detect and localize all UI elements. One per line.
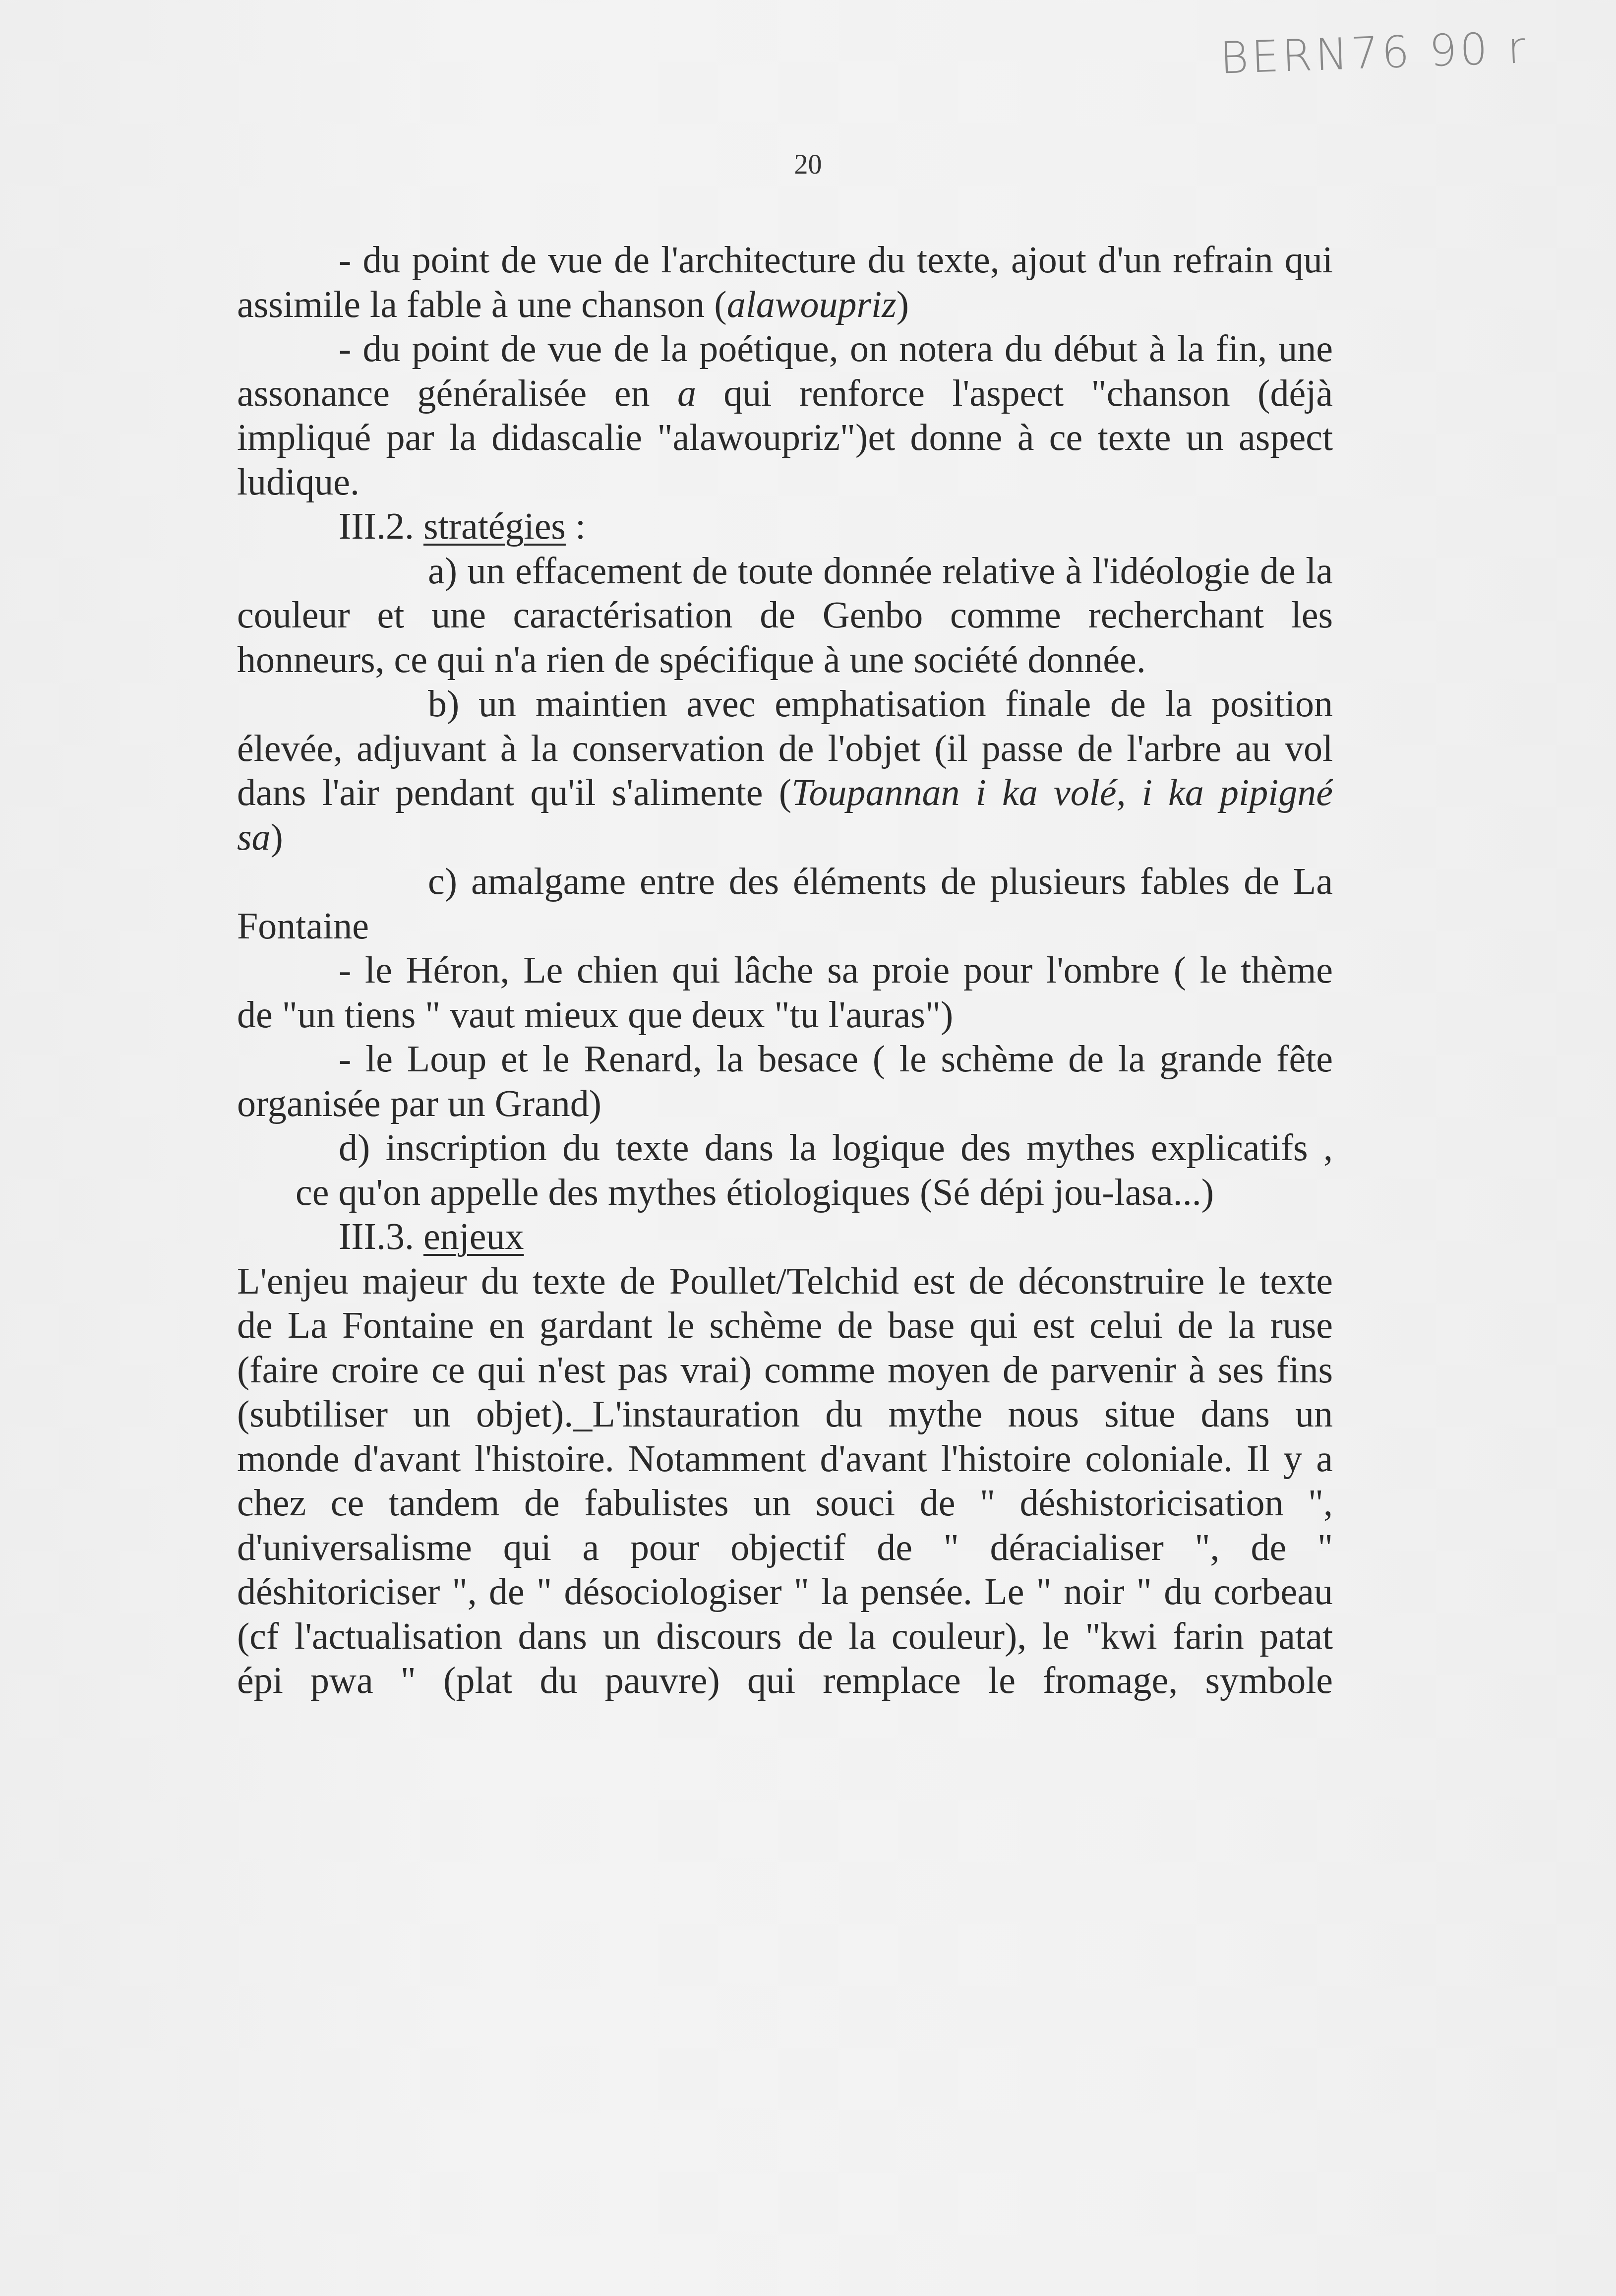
- section-number: III.2.: [339, 505, 423, 547]
- paragraph-poetique-line-2: assonance généralisée en a qui renforce …: [237, 372, 1333, 416]
- item-a-line-3: honneurs, ce qui n'a rien de spécifique …: [237, 638, 1333, 683]
- document-body: - du point de vue de l'architecture du t…: [237, 238, 1333, 1703]
- enjeux-line-10: épi pwa " (plat du pauvre) qui remplace …: [237, 1659, 1333, 1703]
- text-run: assonance généralisée en: [237, 372, 677, 414]
- item-c-sub1-line-2: de "un tiens " vaut mieux que deux "tu l…: [237, 993, 1333, 1038]
- item-c-sub1-line-1: - le Héron, Le chien qui lâche sa proie …: [237, 948, 1333, 993]
- text-run: assimile la fable à une chanson (: [237, 284, 727, 325]
- section-heading-strategies: III.2. stratégies :: [237, 504, 1333, 549]
- section-number: III.3.: [339, 1216, 423, 1257]
- item-b-line-3: dans l'air pendant qu'il s'alimente (Tou…: [237, 771, 1333, 815]
- item-a-line-2: couleur et une caractérisation de Genbo …: [237, 593, 1333, 638]
- page-number: 20: [0, 149, 1616, 181]
- item-d-line-2: ce qu'on appelle des mythes étiologiques…: [237, 1171, 1333, 1215]
- italic-creole-quote-end: sa: [237, 816, 271, 858]
- item-c-sub2-line-1: - le Loup et le Renard, la besace ( le s…: [237, 1037, 1333, 1082]
- paragraph-poetique-line-1: - du point de vue de la poétique, on not…: [237, 327, 1333, 372]
- italic-letter-a: a: [677, 372, 696, 414]
- enjeux-line-5: monde d'avant l'histoire. Notamment d'av…: [237, 1437, 1333, 1482]
- text-run: ): [271, 816, 283, 858]
- enjeux-line-4: (subtiliser un objet)._L'instauration du…: [237, 1392, 1333, 1437]
- italic-term-alawoupriz: alawoupriz: [727, 284, 897, 325]
- paragraph-architecture-line-2: assimile la fable à une chanson (alawoup…: [237, 283, 1333, 327]
- paragraph-poetique-line-3: impliqué par la didascalie "alawoupriz")…: [237, 416, 1333, 460]
- item-b-line-4: sa): [237, 815, 1333, 860]
- item-a-line-1: a) un effacement de toute donnée relativ…: [237, 549, 1333, 594]
- item-c-line-1: c) amalgame entre des éléments de plusie…: [237, 860, 1333, 904]
- italic-creole-quote: Toupannan i ka volé, i ka pipigné: [791, 772, 1333, 813]
- item-b-line-2: élevée, adjuvant à la conservation de l'…: [237, 727, 1333, 771]
- text-run: dans l'air pendant qu'il s'alimente (: [237, 772, 791, 813]
- section-title-underlined: stratégies: [423, 505, 566, 547]
- section-title-underlined: enjeux: [423, 1216, 524, 1257]
- enjeux-line-9: (cf l'actualisation dans un discours de …: [237, 1614, 1333, 1659]
- enjeux-line-1: L'enjeu majeur du texte de Poullet/Telch…: [237, 1259, 1333, 1304]
- item-c-sub2-line-2: organisée par un Grand): [237, 1082, 1333, 1126]
- text-run: :: [566, 505, 586, 547]
- enjeux-line-8: déshitoriciser ", de " désociologiser " …: [237, 1570, 1333, 1614]
- section-heading-enjeux: III.3. enjeux: [237, 1215, 1333, 1259]
- enjeux-line-3: (faire croire ce qui n'est pas vrai) com…: [237, 1348, 1333, 1393]
- item-c-line-2: Fontaine: [237, 904, 1333, 949]
- paragraph-poetique-line-4: ludique.: [237, 460, 1333, 505]
- handwritten-archive-reference: BERN76 90 r: [1219, 22, 1529, 84]
- enjeux-line-7: d'universalisme qui a pour objectif de "…: [237, 1526, 1333, 1570]
- item-d-line-1: d) inscription du texte dans la logique …: [237, 1126, 1333, 1171]
- enjeux-line-6: chez ce tandem de fabulistes un souci de…: [237, 1481, 1333, 1526]
- item-b-line-1: b) un maintien avec emphatisation finale…: [237, 682, 1333, 727]
- text-run: ): [897, 284, 909, 325]
- enjeux-line-2: de La Fontaine en gardant le schème de b…: [237, 1303, 1333, 1348]
- text-run: qui renforce l'aspect "chanson (déjà: [696, 372, 1333, 414]
- paragraph-architecture-line-1: - du point de vue de l'architecture du t…: [237, 238, 1333, 283]
- scanned-page: BERN76 90 r 20 - du point de vue de l'ar…: [0, 0, 1616, 2296]
